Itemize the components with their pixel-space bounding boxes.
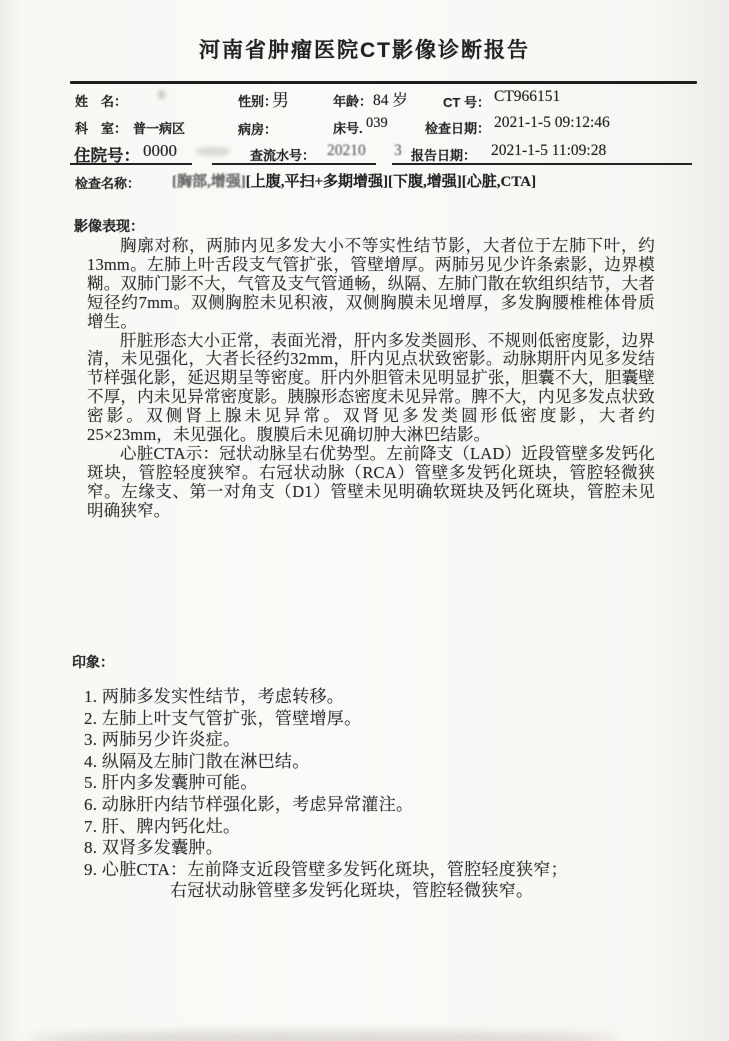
underline-serial	[212, 163, 376, 165]
bed-value: 039	[366, 115, 388, 132]
department-label: 科 室：	[75, 118, 127, 137]
age-value: 84 岁	[373, 88, 408, 110]
exam-name-part2: [上腹,平扫+多期增强][下腹,增强][心脏,CTA]	[246, 174, 536, 190]
impression-item: 3. 两肺另少许炎症。	[84, 729, 676, 751]
serial-number-value: 20210	[327, 142, 366, 160]
impression-item: 4. 纵隔及左肺门散在淋巴结。	[84, 751, 676, 773]
impression-item: 6. 动脉肝内结节样强化影，考虑异常灌注。	[84, 794, 676, 816]
serial-fragment: 3	[394, 142, 402, 160]
impression-item: 8. 双肾多发囊肿。	[84, 837, 676, 859]
findings-paragraph: 胸廓对称，两肺内见多发大小不等实性结节影，大者位于左肺下叶，约13mm。左肺上叶…	[87, 237, 655, 332]
underline-report-date	[392, 163, 692, 165]
findings-label: 影像表现：	[74, 216, 144, 236]
impression-item-continuation: 右冠状动脉管壁多发钙化斑块，管腔轻微狭窄。	[170, 880, 676, 902]
impression-label: 印象：	[72, 652, 114, 672]
gender-value: 男	[272, 86, 289, 111]
underline-admission	[70, 163, 192, 165]
report-page: 河南省肿瘤医院CT影像诊断报告 姓 名： 性别： 男 年龄： 84 岁 CT 号…	[0, 0, 729, 1041]
bed-label: 床号.	[333, 118, 363, 137]
department-value: 普一病区	[133, 118, 185, 137]
title-divider	[70, 81, 697, 84]
impression-item: 7. 肝、脾内钙化灶。	[84, 816, 676, 838]
ct-number-value: CT966151	[494, 88, 560, 106]
admission-number-value: 0000	[143, 141, 177, 161]
exam-date-value: 2021-1-5 09:12:46	[494, 114, 610, 132]
exam-name-label: 检查名称：	[75, 173, 140, 192]
findings-paragraph: 肝脏形态大小正常，表面光滑，肝内多发类圆形、不规则低密度影，边界清，未见强化，大…	[87, 332, 655, 445]
age-label: 年龄：	[333, 91, 372, 110]
findings-paragraph: 心脏CTA示：冠状动脉呈右优势型。左前降支（LAD）近段管壁多发钙化斑块，管腔轻…	[87, 445, 655, 521]
ct-number-label: CT 号：	[443, 92, 490, 111]
impression-item: 2. 左肺上叶支气管扩张，管壁增厚。	[84, 708, 676, 730]
exam-date-label: 检查日期：	[425, 118, 490, 137]
name-redaction-smudge	[158, 90, 165, 99]
ward-label: 病房：	[238, 119, 277, 138]
name-label: 姓 名：	[75, 91, 127, 110]
exam-name-value: [胸部,增强][上腹,平扫+多期增强][下腹,增强][心脏,CTA]	[172, 170, 536, 191]
impression-item: 1. 两肺多发实性结节，考虑转移。	[84, 686, 676, 708]
impression-item: 5. 肝内多发囊肿可能。	[84, 772, 676, 794]
exam-name-part1: [胸部,增强]	[172, 174, 246, 190]
findings-body: 胸廓对称，两肺内见多发大小不等实性结节影，大者位于左肺下叶，约13mm。左肺上叶…	[87, 237, 655, 521]
impression-list: 1. 两肺多发实性结节，考虑转移。 2. 左肺上叶支气管扩张，管壁增厚。 3. …	[84, 686, 676, 902]
report-date-label: 报告日期：	[411, 145, 476, 164]
report-date-value: 2021-1-5 11:09:28	[491, 142, 606, 160]
serial-redaction-smudge	[196, 147, 230, 156]
serial-number-label: 查流水号：	[250, 145, 315, 164]
report-title: 河南省肿瘤医院CT影像诊断报告	[0, 34, 729, 64]
scan-bottom-smudge	[28, 1031, 618, 1041]
impression-item: 9. 心脏CTA：左前降支近段管壁多发钙化斑块，管腔轻度狭窄；	[84, 859, 676, 881]
